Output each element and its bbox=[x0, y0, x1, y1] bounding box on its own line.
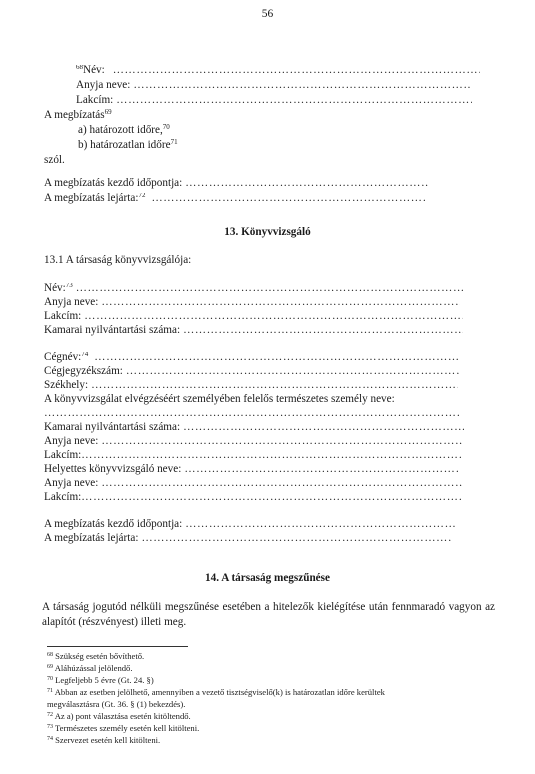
deputy-field-lakcim[interactable]: Lakcím: ……………………………………………………………………………………… bbox=[44, 492, 462, 503]
option-indefinite-term[interactable]: b) határozatlan időre71 bbox=[78, 140, 178, 151]
field-end-date[interactable]: A megbízatás lejárta:72 …………………………………………… bbox=[44, 193, 426, 204]
fill-line[interactable]: …………………………………………………………………………………………………………… bbox=[116, 95, 472, 106]
fill-line[interactable]: …………………………………………………………………………………………………………… bbox=[183, 325, 463, 336]
field-label: Kamarai nyilvántartási száma: bbox=[44, 325, 180, 336]
footnote-separator bbox=[47, 646, 188, 647]
field-label: Lakcím: bbox=[76, 95, 113, 106]
fill-line[interactable]: …………………………………………………………………………………………………………… bbox=[81, 450, 462, 461]
deputy-auditor-name-field[interactable]: Helyettes könyvvizsgáló neve: …………………………… bbox=[44, 464, 460, 475]
auditor-field-cegnev[interactable]: Cégnév:74 ………………………………………………………………………………… bbox=[44, 352, 458, 363]
field-label: Helyettes könyvvizsgáló neve: bbox=[44, 464, 181, 475]
footnote-70: 70 Legfeljebb 5 évre (Gt. 24. §) bbox=[47, 676, 154, 685]
footnote-69: 69 Aláhúzással jelölendő. bbox=[47, 664, 133, 673]
field-label: Név:73 bbox=[44, 283, 73, 294]
field-label: Kamarai nyilvántartási száma: bbox=[44, 422, 180, 433]
fill-line[interactable]: …………………………………………………………………………………………………………… bbox=[185, 178, 428, 189]
field-label: Cégnév:74 bbox=[44, 352, 88, 363]
fill-line[interactable]: …………………………………………………………………………………………………………… bbox=[76, 283, 463, 294]
footnote-74: 74 Szervezet esetén kell kitölteni. bbox=[47, 736, 160, 745]
fill-line[interactable]: …………………………………………………………………………………………………………… bbox=[101, 478, 462, 489]
responsible-field-lakcim[interactable]: Lakcím: ……………………………………………………………………………………… bbox=[44, 450, 462, 461]
field-label: Anyja neve: bbox=[44, 436, 98, 447]
section-14-body: A társaság jogutód nélküli megszűnése es… bbox=[42, 600, 495, 630]
auditor-field-anyja-neve[interactable]: Anyja neve: …………………………………………………………………………… bbox=[44, 297, 460, 308]
footnote-71: 71 Abban az esetben jelölhető, amennyibe… bbox=[47, 688, 385, 697]
field-lakcim[interactable]: Lakcím: ……………………………………………………………………………………… bbox=[76, 95, 472, 106]
fill-line[interactable]: …………………………………………………………………………………………………………… bbox=[94, 352, 458, 363]
auditor-field-cegjegyzekszam[interactable]: Cégjegyzékszám: ………………………………………………………………… bbox=[44, 366, 460, 377]
auditor-field-nev[interactable]: Név:73 ………………………………………………………………………………………… bbox=[44, 283, 463, 294]
fill-line[interactable]: …………………………………………………………………………………………………………… bbox=[183, 422, 464, 433]
field-label: Lakcím: bbox=[44, 492, 81, 503]
responsible-person-label: A könyvvizsgálat elvégzéséért személyébe… bbox=[44, 394, 395, 405]
auditor-end-date-field[interactable]: A megbízatás lejárta: ………………………………………………… bbox=[44, 533, 452, 544]
field-anyja-neve[interactable]: Anyja neve: …………………………………………………………………………… bbox=[76, 80, 470, 91]
auditor-field-kamarai-szam[interactable]: Kamarai nyilvántartási száma: …………………………… bbox=[44, 325, 463, 336]
responsible-field-kamarai-szam[interactable]: Kamarai nyilvántartási száma: …………………………… bbox=[44, 422, 464, 433]
responsible-person-name-field[interactable]: …………………………………………………………………………………………………………… bbox=[44, 408, 460, 419]
field-label: Anyja neve: bbox=[44, 297, 98, 308]
field-label: A megbízatás lejárta:72 bbox=[44, 193, 145, 204]
fill-line[interactable]: …………………………………………………………………………………………………………… bbox=[151, 193, 426, 204]
auditor-field-szekhely[interactable]: Székhely: ………………………………………………………………………………… bbox=[44, 380, 458, 391]
fill-line[interactable]: …………………………………………………………………………………………………………… bbox=[84, 311, 463, 322]
field-label: Cégjegyzékszám: bbox=[44, 366, 123, 377]
footnote-71-cont: megválasztásra (Gt. 36. § (1) bekezdés). bbox=[47, 700, 185, 709]
fill-line[interactable]: …………………………………………………………………………………………………………… bbox=[81, 492, 462, 503]
auditor-start-date-field[interactable]: A megbízatás kezdő időpontja: …………………………… bbox=[44, 519, 456, 530]
footnote-73: 73 Természetes személy esetén kell kitöl… bbox=[47, 724, 199, 733]
fill-line[interactable]: …………………………………………………………………………………………………………… bbox=[113, 65, 480, 76]
field-label: Anyja neve: bbox=[44, 478, 98, 489]
fill-line[interactable]: …………………………………………………………………………………………………………… bbox=[101, 297, 460, 308]
section-13-subtitle: 13.1 A társaság könyvvizsgálója: bbox=[44, 255, 191, 266]
option-fixed-term[interactable]: a) határozott időre,70 bbox=[78, 125, 170, 136]
footnote-68: 68 Szükség esetén bővíthető. bbox=[47, 652, 144, 661]
fill-line[interactable]: …………………………………………………………………………………………………………… bbox=[141, 533, 452, 544]
section-13-title: 13. Könyvvizsgáló bbox=[0, 227, 535, 238]
fill-line[interactable]: …………………………………………………………………………………………………………… bbox=[44, 408, 460, 419]
szol-text: szól. bbox=[44, 155, 65, 166]
field-label: 68Név: bbox=[76, 65, 105, 76]
fill-line[interactable]: …………………………………………………………………………………………………………… bbox=[126, 366, 460, 377]
fill-line[interactable]: …………………………………………………………………………………………………………… bbox=[184, 464, 460, 475]
mandate-label: A megbízatás69 bbox=[44, 110, 112, 121]
page-number: 56 bbox=[0, 9, 535, 21]
field-label: Anyja neve: bbox=[76, 80, 130, 91]
field-label: Lakcím: bbox=[44, 450, 81, 461]
field-label: A megbízatás lejárta: bbox=[44, 533, 138, 544]
fill-line[interactable]: …………………………………………………………………………………………………………… bbox=[91, 380, 458, 391]
field-label: A megbízatás kezdő időpontja: bbox=[44, 178, 182, 189]
section-14-title: 14. A társaság megszűnése bbox=[0, 573, 535, 584]
field-label: Székhely: bbox=[44, 380, 88, 391]
field-label: A megbízatás kezdő időpontja: bbox=[44, 519, 182, 530]
fill-line[interactable]: …………………………………………………………………………………………………………… bbox=[133, 80, 470, 91]
fill-line[interactable]: …………………………………………………………………………………………………………… bbox=[185, 519, 456, 530]
auditor-field-lakcim[interactable]: Lakcím: ……………………………………………………………………………………… bbox=[44, 311, 463, 322]
footnote-72: 72 Az a) pont választása esetén kitölten… bbox=[47, 712, 191, 721]
field-nev[interactable]: 68Név: ………………………………………………………………………………………… bbox=[76, 65, 480, 76]
field-start-date[interactable]: A megbízatás kezdő időpontja: …………………………… bbox=[44, 178, 428, 189]
deputy-field-anyja-neve[interactable]: Anyja neve: …………………………………………………………………………… bbox=[44, 478, 462, 489]
fill-line[interactable]: …………………………………………………………………………………………………………… bbox=[101, 436, 462, 447]
responsible-field-anyja-neve[interactable]: Anyja neve: …………………………………………………………………………… bbox=[44, 436, 462, 447]
field-label: Lakcím: bbox=[44, 311, 81, 322]
